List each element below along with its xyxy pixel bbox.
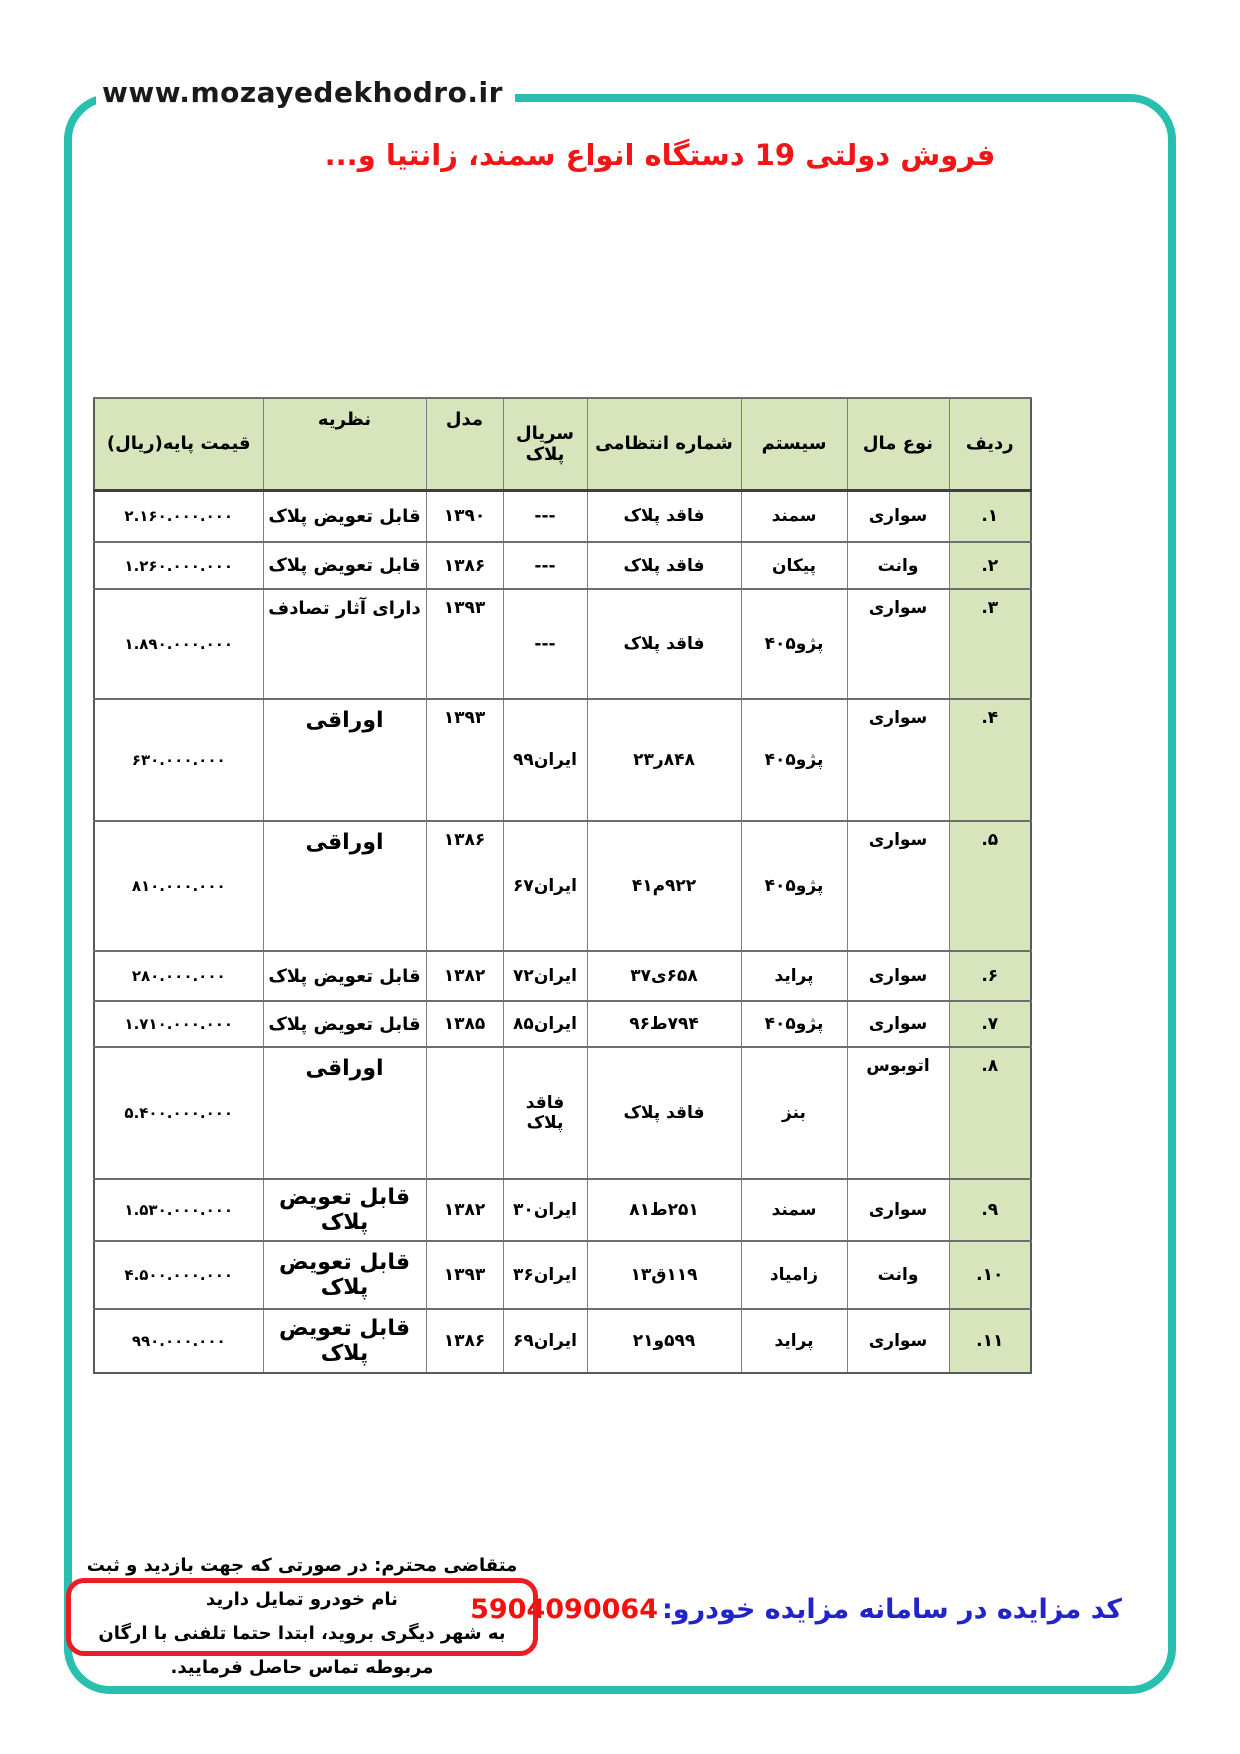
table-row: ۷. سواری پژو۴۰۵ ۷۹۴ط۹۶ ایران۸۵ ۱۳۸۵ قابل… <box>94 1001 1031 1047</box>
header-system: سیستم <box>741 398 847 490</box>
row-number-cell: ۹. <box>949 1179 1031 1241</box>
header-base-price: قیمت پایه(ریال) <box>94 398 263 490</box>
base-price-cell: ۱.۲۶۰.۰۰۰.۰۰۰ <box>94 542 263 589</box>
table-row: ۹. سواری سمند ۲۵۱ط۸۱ ایران۳۰ ۱۳۸۲ قابل ت… <box>94 1179 1031 1241</box>
system-cell: زامیاد <box>741 1241 847 1309</box>
table-row: ۵. سواری پژو۴۰۵ ۹۲۲م۴۱ ایران۶۷ ۱۳۸۶ اورا… <box>94 821 1031 951</box>
plate-number-cell: ۶۵۸ی۳۷ <box>587 951 741 1001</box>
expert-opinion-cell: اوراقی <box>263 821 426 951</box>
header-row-number: ردیف <box>949 398 1031 490</box>
model-year-cell <box>426 1047 503 1179</box>
model-year-cell: ۱۳۹۳ <box>426 589 503 699</box>
plate-serial-cell: --- <box>503 542 587 589</box>
expert-opinion-cell: اوراقی <box>263 1047 426 1179</box>
plate-number-cell: ۸۴۸ر۲۳ <box>587 699 741 821</box>
expert-opinion-cell: قابل تعویض پلاک <box>263 951 426 1001</box>
plate-number-cell: فاقد پلاک <box>587 589 741 699</box>
auction-code-number: 5904090064 <box>470 1594 658 1625</box>
row-number-cell: ۴. <box>949 699 1031 821</box>
model-year-cell: ۱۳۸۲ <box>426 951 503 1001</box>
expert-opinion-cell: قابل تعویض پلاک <box>263 542 426 589</box>
system-cell: بنز <box>741 1047 847 1179</box>
header-vehicle-type: نوع مال <box>847 398 949 490</box>
expert-opinion-cell: دارای آثار تصادف <box>263 589 426 699</box>
plate-number-cell: ۵۹۹و۲۱ <box>587 1309 741 1373</box>
site-url: www.mozayedekhodro.ir <box>96 74 515 112</box>
base-price-cell: ۱.۵۳۰.۰۰۰.۰۰۰ <box>94 1179 263 1241</box>
system-cell: پژو۴۰۵ <box>741 1001 847 1047</box>
vehicle-type-cell: سواری <box>847 821 949 951</box>
table-row: ۳. سواری پژو۴۰۵ فاقد پلاک --- ۱۳۹۳ دارای… <box>94 589 1031 699</box>
auction-sheet-page: { "site": { "url": "www.mozayedekhodro.i… <box>0 0 1240 1754</box>
expert-opinion-cell: قابل تعویض پلاک <box>263 1309 426 1373</box>
table-row: ۱. سواری سمند فاقد پلاک --- ۱۳۹۰ قابل تع… <box>94 490 1031 542</box>
vehicle-type-cell: وانت <box>847 1241 949 1309</box>
model-year-cell: ۱۳۸۲ <box>426 1179 503 1241</box>
base-price-cell: ۱.۸۹۰.۰۰۰.۰۰۰ <box>94 589 263 699</box>
plate-number-cell: فاقد پلاک <box>587 490 741 542</box>
model-year-cell: ۱۳۸۶ <box>426 542 503 589</box>
table-row: ۱۱. سواری پراید ۵۹۹و۲۱ ایران۶۹ ۱۳۸۶ قابل… <box>94 1309 1031 1373</box>
header-plate-serial: سریال پلاک <box>503 398 587 490</box>
system-cell: سمند <box>741 1179 847 1241</box>
expert-opinion-cell: قابل تعویض پلاک <box>263 1001 426 1047</box>
plate-number-cell: فاقد پلاک <box>587 1047 741 1179</box>
row-number-cell: ۱۰. <box>949 1241 1031 1309</box>
base-price-cell: ۱.۷۱۰.۰۰۰.۰۰۰ <box>94 1001 263 1047</box>
base-price-cell: ۲۸۰.۰۰۰.۰۰۰ <box>94 951 263 1001</box>
table-row: ۱۰. وانت زامیاد ۱۱۹ق۱۳ ایران۳۶ ۱۳۹۳ قابل… <box>94 1241 1031 1309</box>
vehicle-type-cell: سواری <box>847 1179 949 1241</box>
expert-opinion-cell: قابل تعویض پلاک <box>263 1241 426 1309</box>
expert-opinion-cell: قابل تعویض پلاک <box>263 490 426 542</box>
table-row: ۲. وانت پیکان فاقد پلاک --- ۱۳۸۶ قابل تع… <box>94 542 1031 589</box>
plate-serial-cell: ایران۳۰ <box>503 1179 587 1241</box>
row-number-cell: ۲. <box>949 542 1031 589</box>
row-number-cell: ۸. <box>949 1047 1031 1179</box>
notice-line-1: متقاضی محترم: در صورتی که جهت بازدید و ث… <box>71 1549 533 1617</box>
vehicle-type-cell: سواری <box>847 951 949 1001</box>
base-price-cell: ۶۳۰.۰۰۰.۰۰۰ <box>94 699 263 821</box>
notice-line-2: به شهر دیگری بروید، ابتدا حتما تلفنی با … <box>71 1617 533 1685</box>
table-row: ۸. اتوبوس بنز فاقد پلاک فاقد پلاک اوراقی… <box>94 1047 1031 1179</box>
header-opinion: نظریه <box>263 398 426 490</box>
vehicle-type-cell: سواری <box>847 589 949 699</box>
table-row: ۴. سواری پژو۴۰۵ ۸۴۸ر۲۳ ایران۹۹ ۱۳۹۳ اورا… <box>94 699 1031 821</box>
page-title: فروش دولتی 19 دستگاه انواع سمند، زانتیا … <box>80 138 1240 172</box>
plate-number-cell: ۷۹۴ط۹۶ <box>587 1001 741 1047</box>
model-year-cell: ۱۳۹۳ <box>426 1241 503 1309</box>
system-cell: پراید <box>741 951 847 1001</box>
plate-serial-cell: ایران۶۹ <box>503 1309 587 1373</box>
system-cell: پراید <box>741 1309 847 1373</box>
row-number-cell: ۱۱. <box>949 1309 1031 1373</box>
plate-number-cell: ۱۱۹ق۱۳ <box>587 1241 741 1309</box>
model-year-cell: ۱۳۹۰ <box>426 490 503 542</box>
plate-number-cell: ۲۵۱ط۸۱ <box>587 1179 741 1241</box>
auction-code-label: کد مزایده در سامانه مزایده خودرو: <box>662 1594 1122 1625</box>
row-number-cell: ۶. <box>949 951 1031 1001</box>
model-year-cell: ۱۳۸۶ <box>426 1309 503 1373</box>
header-plate-number: شماره انتظامی <box>587 398 741 490</box>
model-year-cell: ۱۳۸۶ <box>426 821 503 951</box>
system-cell: پژو۴۰۵ <box>741 589 847 699</box>
vehicles-table: ردیف نوع مال سیستم شماره انتظامی سریال پ… <box>93 397 1032 1374</box>
base-price-cell: ۴.۵۰۰.۰۰۰.۰۰۰ <box>94 1241 263 1309</box>
row-number-cell: ۷. <box>949 1001 1031 1047</box>
header-model-year: مدل <box>426 398 503 490</box>
system-cell: سمند <box>741 490 847 542</box>
plate-number-cell: ۹۲۲م۴۱ <box>587 821 741 951</box>
plate-serial-cell: ایران۷۲ <box>503 951 587 1001</box>
model-year-cell: ۱۳۹۳ <box>426 699 503 821</box>
system-cell: پیکان <box>741 542 847 589</box>
vehicle-type-cell: سواری <box>847 1001 949 1047</box>
expert-opinion-cell: اوراقی <box>263 699 426 821</box>
base-price-cell: ۹۹۰.۰۰۰.۰۰۰ <box>94 1309 263 1373</box>
auction-code: کد مزایده در سامانه مزایده خودرو:5904090… <box>470 1594 1122 1625</box>
plate-serial-cell: ایران۳۶ <box>503 1241 587 1309</box>
notice-box: متقاضی محترم: در صورتی که جهت بازدید و ث… <box>66 1578 538 1656</box>
vehicle-type-cell: سواری <box>847 490 949 542</box>
system-cell: پژو۴۰۵ <box>741 821 847 951</box>
table-row: ۶. سواری پراید ۶۵۸ی۳۷ ایران۷۲ ۱۳۸۲ قابل … <box>94 951 1031 1001</box>
table-header-row: ردیف نوع مال سیستم شماره انتظامی سریال پ… <box>94 398 1031 490</box>
vehicle-type-cell: سواری <box>847 1309 949 1373</box>
plate-serial-cell: --- <box>503 589 587 699</box>
row-number-cell: ۵. <box>949 821 1031 951</box>
row-number-cell: ۳. <box>949 589 1031 699</box>
plate-serial-cell: --- <box>503 490 587 542</box>
model-year-cell: ۱۳۸۵ <box>426 1001 503 1047</box>
base-price-cell: ۸۱۰.۰۰۰.۰۰۰ <box>94 821 263 951</box>
row-number-cell: ۱. <box>949 490 1031 542</box>
plate-serial-cell: ایران۸۵ <box>503 1001 587 1047</box>
vehicle-type-cell: وانت <box>847 542 949 589</box>
plate-serial-cell: ایران۹۹ <box>503 699 587 821</box>
expert-opinion-cell: قابل تعویض پلاک <box>263 1179 426 1241</box>
system-cell: پژو۴۰۵ <box>741 699 847 821</box>
plate-number-cell: فاقد پلاک <box>587 542 741 589</box>
plate-serial-cell: ایران۶۷ <box>503 821 587 951</box>
base-price-cell: ۲.۱۶۰.۰۰۰.۰۰۰ <box>94 490 263 542</box>
base-price-cell: ۵.۴۰۰.۰۰۰.۰۰۰ <box>94 1047 263 1179</box>
vehicle-type-cell: سواری <box>847 699 949 821</box>
vehicle-type-cell: اتوبوس <box>847 1047 949 1179</box>
plate-serial-cell: فاقد پلاک <box>503 1047 587 1179</box>
